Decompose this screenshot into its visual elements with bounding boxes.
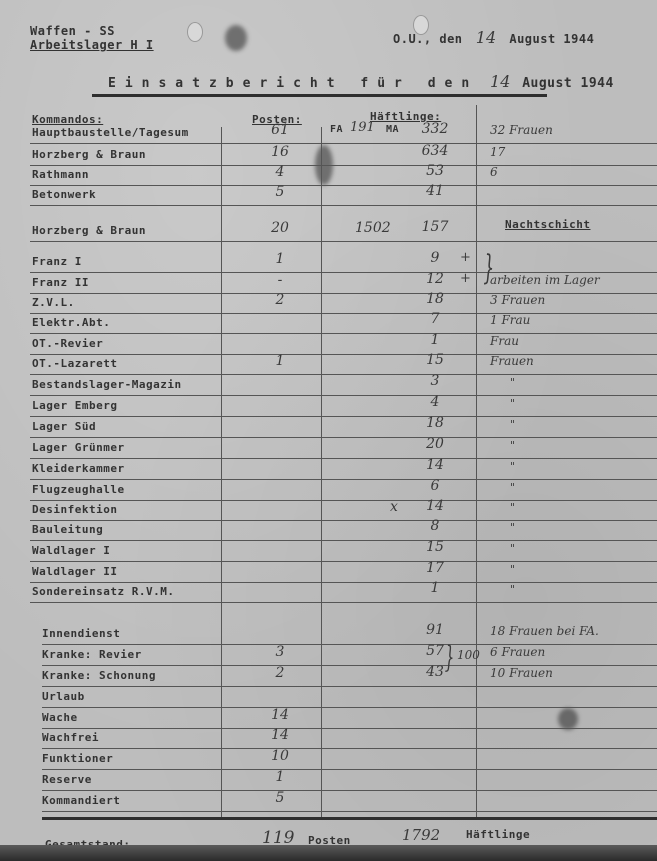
haeftlinge-value: 1	[405, 580, 465, 596]
haeftlinge-value: 91	[405, 622, 465, 638]
title-underline	[92, 94, 547, 97]
posten-value: 5	[250, 184, 310, 200]
mid-note: x	[390, 499, 398, 515]
row-label: Flugzeughalle	[32, 483, 125, 496]
posten-value: 2	[250, 665, 310, 681]
brace-franz: }	[483, 248, 494, 288]
total-haeftlinge-value: 1792	[402, 826, 440, 844]
row-rule	[30, 582, 657, 583]
row-label: Waldlager I	[32, 544, 110, 557]
bemerkung: 32 Frauen	[490, 123, 553, 137]
row-rule	[30, 313, 657, 314]
posten-value: 3	[250, 644, 310, 660]
ditto-mark: "	[510, 501, 515, 514]
haeftlinge-value: 3	[405, 373, 465, 389]
haeftlinge-value: 634	[405, 143, 465, 159]
title-prefix: Einsatzbericht für den	[108, 76, 478, 91]
ditto-mark: "	[510, 439, 515, 452]
row-label: Wache	[42, 711, 78, 724]
row-label: Innendienst	[42, 627, 120, 640]
haeftlinge-value: 14	[405, 457, 465, 473]
row-label: Lager Grünmer	[32, 441, 125, 454]
row-label: Kranke: Schonung	[42, 669, 156, 682]
haeftlinge-value: 15	[405, 352, 465, 368]
plus-mark: +	[460, 271, 471, 286]
row-label: Funktioner	[42, 752, 113, 765]
row-label: Horzberg & Braun	[32, 148, 146, 161]
row-rule	[30, 602, 657, 603]
row-rule	[30, 500, 657, 501]
posten-value: 4	[250, 164, 310, 180]
row-rule	[42, 644, 657, 645]
row-label: Waldlager II	[32, 565, 117, 578]
nachtschicht-label: Nachtschicht	[505, 218, 590, 231]
camp-name: Arbeitslager H I	[30, 38, 154, 52]
row-label: OT.-Lazarett	[32, 357, 117, 370]
row-label: Kleiderkammer	[32, 462, 125, 475]
posten-value: 1	[250, 769, 310, 785]
row-label: OT.-Revier	[32, 337, 103, 350]
bemerkung: arbeiten im Lager	[490, 273, 600, 287]
bemerkung: 17	[490, 145, 505, 159]
row-label: Bestandslager-Magazin	[32, 378, 182, 391]
row-label: Horzberg & Braun	[32, 224, 146, 237]
title-suffix: August 1944	[522, 76, 614, 91]
haeftlinge-value: 332	[405, 121, 465, 137]
row-label: Lager Süd	[32, 420, 96, 433]
ditto-mark: "	[510, 481, 515, 494]
row-rule	[30, 395, 657, 396]
row-rule	[30, 458, 657, 459]
posten-value: 14	[250, 727, 310, 743]
haeftlinge-value: 18	[405, 415, 465, 431]
haeftlinge-value: 9	[405, 250, 465, 266]
haeftlinge-value: 6	[405, 478, 465, 494]
row-rule	[30, 374, 657, 375]
posten-value: 10	[250, 748, 310, 764]
ditto-mark: "	[510, 418, 515, 431]
row-rule	[42, 707, 657, 708]
haeftlinge-value: 43	[405, 664, 465, 680]
bemerkung: 1 Frau	[490, 313, 530, 327]
posten-value: 14	[250, 707, 310, 723]
bemerkung: 3 Frauen	[490, 293, 545, 307]
haeftlinge-value: 53	[405, 163, 465, 179]
fa-value: 191	[350, 120, 375, 135]
column-divider	[321, 127, 322, 817]
ditto-mark: "	[510, 563, 515, 576]
ditto-mark: "	[510, 376, 515, 389]
haeftlinge-value: 12	[405, 271, 465, 287]
document-page: Waffen - SS Arbeitslager H I O.U., den 1…	[0, 0, 657, 861]
punch-hole	[187, 22, 203, 42]
row-rule	[42, 790, 657, 791]
row-rule	[42, 769, 657, 770]
haeftlinge-value: 7	[405, 311, 465, 327]
row-label: Elektr.Abt.	[32, 316, 110, 329]
posten-value: 61	[250, 122, 310, 138]
row-label: Rathmann	[32, 168, 89, 181]
totals-rule	[42, 817, 657, 820]
row-rule	[30, 293, 657, 294]
ditto-mark: "	[510, 397, 515, 410]
ditto-mark: "	[510, 583, 515, 596]
row-rule	[42, 748, 657, 749]
row-rule	[30, 479, 657, 480]
row-rule	[30, 354, 657, 355]
plus-mark: +	[460, 250, 471, 265]
ditto-mark: "	[510, 460, 515, 473]
bemerkung: 10 Frauen	[490, 666, 553, 680]
haeftlinge-value: 1	[405, 332, 465, 348]
haeftlinge-value: 18	[405, 291, 465, 307]
place-date-day: 14	[476, 28, 496, 47]
row-label: Franz II	[32, 276, 89, 289]
place-date-prefix: O.U., den	[393, 32, 463, 46]
row-rule	[30, 185, 657, 186]
row-rule	[30, 437, 657, 438]
ink-smudge	[225, 25, 247, 51]
haeftlinge-value: 157	[405, 219, 465, 235]
row-label: Kommandiert	[42, 794, 120, 807]
row-label: Kranke: Revier	[42, 648, 142, 661]
row-label: Hauptbaustelle/Tagesum	[32, 126, 189, 139]
row-rule	[30, 520, 657, 521]
title-day: 14	[490, 72, 510, 91]
brace-kranke: }	[445, 640, 455, 675]
row-rule	[30, 416, 657, 417]
posten-value: 1	[250, 353, 310, 369]
ma-label: MA	[386, 124, 399, 135]
total-haeftlinge-label: Häftlinge	[466, 828, 530, 841]
kranke-sum: 100	[457, 648, 480, 662]
row-rule	[30, 205, 657, 206]
haeftlinge-value: 14	[405, 498, 465, 514]
place-date: O.U., den 14 August 1944	[393, 28, 594, 47]
row-label: Wachfrei	[42, 731, 99, 744]
row-rule	[42, 686, 657, 687]
row-rule	[30, 333, 657, 334]
haeftlinge-value: 20	[405, 436, 465, 452]
row-label: Urlaub	[42, 690, 85, 703]
posten-value: 2	[250, 292, 310, 308]
posten-value: -	[250, 272, 310, 288]
place-date-suffix: August 1944	[509, 32, 594, 46]
report-title: Einsatzbericht für den 14 August 1944	[108, 72, 614, 91]
row-rule	[30, 241, 657, 242]
row-label: Sondereinsatz R.V.M.	[32, 585, 174, 598]
haeftlinge-value: 4	[405, 394, 465, 410]
haeftlinge-value: 41	[405, 183, 465, 199]
row-rule	[42, 728, 657, 729]
row-rule	[30, 143, 657, 144]
bemerkung: 18 Frauen bei FA.	[490, 624, 599, 638]
row-label: Z.V.L.	[32, 296, 75, 309]
mid-note: 1502	[355, 220, 391, 236]
ditto-mark: "	[510, 521, 515, 534]
bemerkung: 6	[490, 165, 498, 179]
column-divider	[221, 127, 222, 817]
unit-name: Waffen - SS	[30, 24, 115, 38]
column-divider	[476, 105, 477, 817]
fa-label: FA	[330, 124, 343, 135]
posten-value: 20	[250, 220, 310, 236]
row-label: Reserve	[42, 773, 92, 786]
haeftlinge-value: 8	[405, 518, 465, 534]
bemerkung: Frauen	[490, 354, 534, 368]
row-label: Franz I	[32, 255, 82, 268]
row-rule	[42, 665, 657, 666]
ditto-mark: "	[510, 542, 515, 555]
bemerkung: Frau	[490, 334, 519, 348]
row-rule	[30, 165, 657, 166]
posten-value: 1	[250, 251, 310, 267]
row-label: Lager Emberg	[32, 399, 117, 412]
ink-smudge	[558, 708, 578, 730]
row-rule	[42, 811, 657, 812]
col-header-kommandos: Kommandos:	[32, 113, 103, 126]
bemerkung: 6 Frauen	[490, 645, 545, 659]
row-label: Bauleitung	[32, 523, 103, 536]
posten-value: 5	[250, 790, 310, 806]
scan-edge-shadow	[0, 845, 657, 861]
posten-value: 16	[250, 144, 310, 160]
row-rule	[30, 540, 657, 541]
row-label: Betonwerk	[32, 188, 96, 201]
row-rule	[30, 561, 657, 562]
haeftlinge-value: 15	[405, 539, 465, 555]
row-label: Desinfektion	[32, 503, 117, 516]
haeftlinge-value: 57	[405, 643, 465, 659]
haeftlinge-value: 17	[405, 560, 465, 576]
